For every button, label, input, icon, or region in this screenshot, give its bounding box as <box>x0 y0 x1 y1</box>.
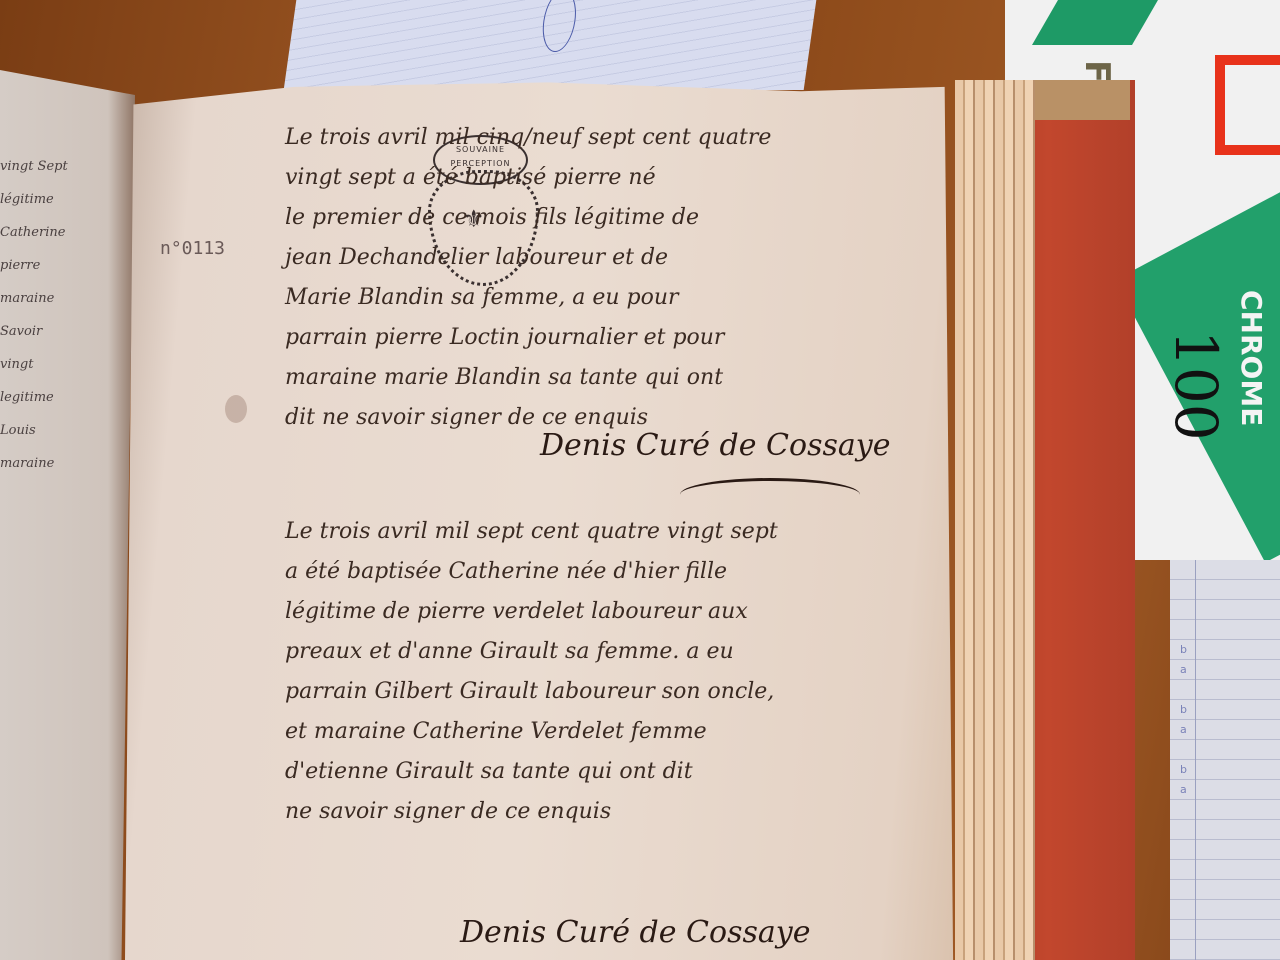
entry-line: jean Dechandelier laboureur et de <box>285 238 771 278</box>
baptism-entry-2: Le trois avril mil sept cent quatre ving… <box>285 512 778 832</box>
notebook-margin-line <box>1195 560 1196 960</box>
film-box-green-stripe <box>1032 0 1158 45</box>
signature-flourish <box>680 478 860 511</box>
baptism-entry-1: Le trois avril mil cinq/neuf sept cent q… <box>285 118 771 438</box>
entry-line: Le trois avril mil cinq/neuf sept cent q… <box>285 118 771 158</box>
entry-line: vingt sept a été baptisé pierre né <box>285 158 771 198</box>
priest-signature-1: Denis Curé de Cossaye <box>540 428 890 463</box>
film-iso-label: 100 <box>1162 330 1230 441</box>
priest-signature-2: Denis Curé de Cossaye <box>460 915 810 950</box>
folio-number: n°0113 <box>160 238 225 259</box>
entry-line: parrain Gilbert Girault laboureur son on… <box>285 672 778 712</box>
fujifilm-logo-icon <box>1215 55 1280 155</box>
entry-line: Marie Blandin sa femme, a eu pour <box>285 278 771 318</box>
entry-line: a été baptisée Catherine née d'hier fill… <box>285 552 778 592</box>
notebook-margin-marks: b a b a b a <box>1180 640 1187 800</box>
entry-line: et maraine Catherine Verdelet femme <box>285 712 778 752</box>
left-page-fragments: vingt Sept légitime Catherine pierre mar… <box>0 150 68 480</box>
ink-stain <box>225 395 247 423</box>
film-product-label: CHROME <box>1235 290 1268 426</box>
entry-line: légitime de pierre verdelet laboureur au… <box>285 592 778 632</box>
pen-scribble <box>539 0 580 52</box>
entry-line: preaux et d'anne Girault sa femme. a eu <box>285 632 778 672</box>
entry-line: ne savoir signer de ce enquis <box>285 792 778 832</box>
entry-line: maraine marie Blandin sa tante qui ont <box>285 358 771 398</box>
register-page-edges <box>955 80 1035 960</box>
entry-line: le premier de ce mois fils légitime de <box>285 198 771 238</box>
entry-line: Le trois avril mil sept cent quatre ving… <box>285 512 778 552</box>
cover-worn-edge <box>1020 80 1130 120</box>
entry-line: d'etienne Girault sa tante qui ont dit <box>285 752 778 792</box>
lined-paper-sheet <box>284 0 817 90</box>
notebook: b a b a b a <box>1170 560 1280 960</box>
entry-line: parrain pierre Loctin journalier et pour <box>285 318 771 358</box>
left-page: vingt Sept légitime Catherine pierre mar… <box>0 70 135 960</box>
